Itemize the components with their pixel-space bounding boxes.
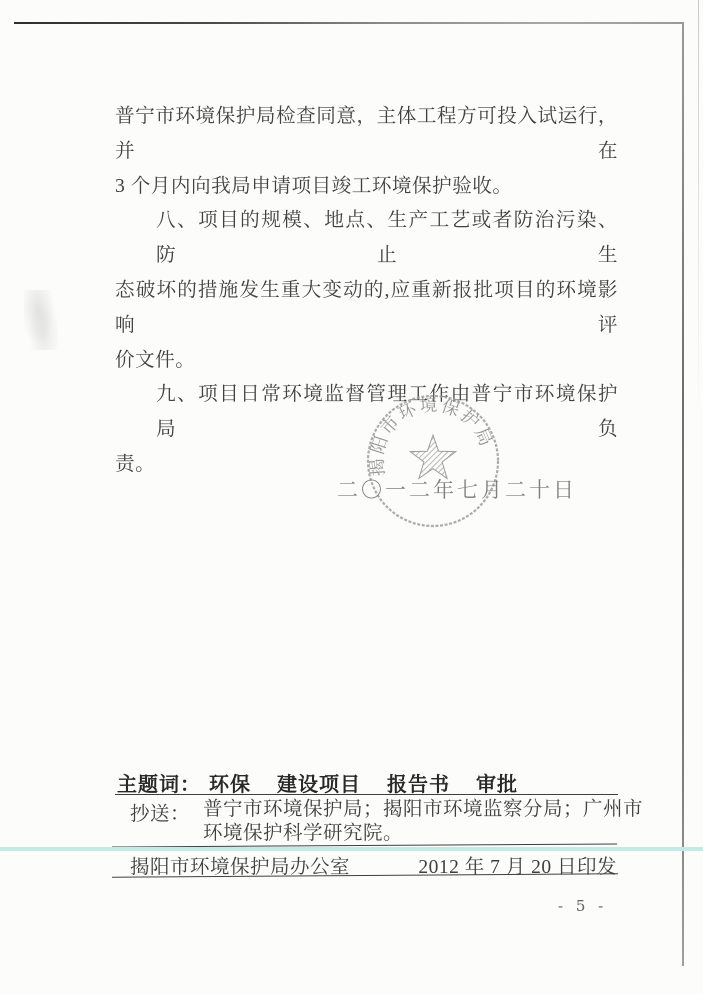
scan-cyan-streak	[0, 847, 703, 851]
subject-label: 主题词：	[117, 774, 201, 796]
scan-smudge	[24, 290, 58, 350]
body-line: 普宁市环境保护局检查同意，主体工程方可投入试运行，并在	[115, 100, 618, 170]
scan-top-edge-line	[14, 22, 683, 24]
seal-star-icon	[410, 435, 456, 478]
body-line: 态破坏的措施发生重大变动的,应重新报批项目的环境影响评	[115, 274, 618, 344]
scan-right-edge-line	[682, 22, 684, 966]
subject-term: 建设项目	[277, 774, 361, 796]
subject-term: 环保	[209, 774, 251, 796]
subject-term: 报告书	[387, 774, 450, 796]
cc-label: 抄送：	[130, 798, 190, 826]
body-line: 3 个月内向我局申请项目竣工环境保护验收。	[115, 170, 618, 205]
scanned-document-page: 普宁市环境保护局检查同意，主体工程方可投入试运行，并在 3 个月内向我局申请项目…	[0, 0, 703, 994]
subject-term: 审批	[476, 774, 518, 796]
body-line: 价文件。	[115, 344, 618, 379]
footer-divider	[115, 794, 618, 795]
page-number: - 5 -	[558, 897, 607, 915]
subject-keywords-row: 主题词：环保建设项目报告书审批	[117, 768, 617, 797]
scan-outer-edge-line	[698, 0, 699, 430]
document-date: 二〇一二年七月二十日	[337, 474, 587, 504]
cc-line: 普宁市环境保护局；揭阳市环境监察分局；广州市	[203, 798, 643, 822]
cc-block: 抄送： 普宁市环境保护局；揭阳市环境监察分局；广州市 环境保护科学研究院。	[130, 798, 643, 846]
cc-line: 环境保护科学研究院。	[203, 822, 643, 846]
body-line: 八、项目的规模、地点、生产工艺或者防治污染、防止生	[115, 204, 618, 274]
official-seal: 揭阳市环境保护局	[362, 390, 504, 532]
